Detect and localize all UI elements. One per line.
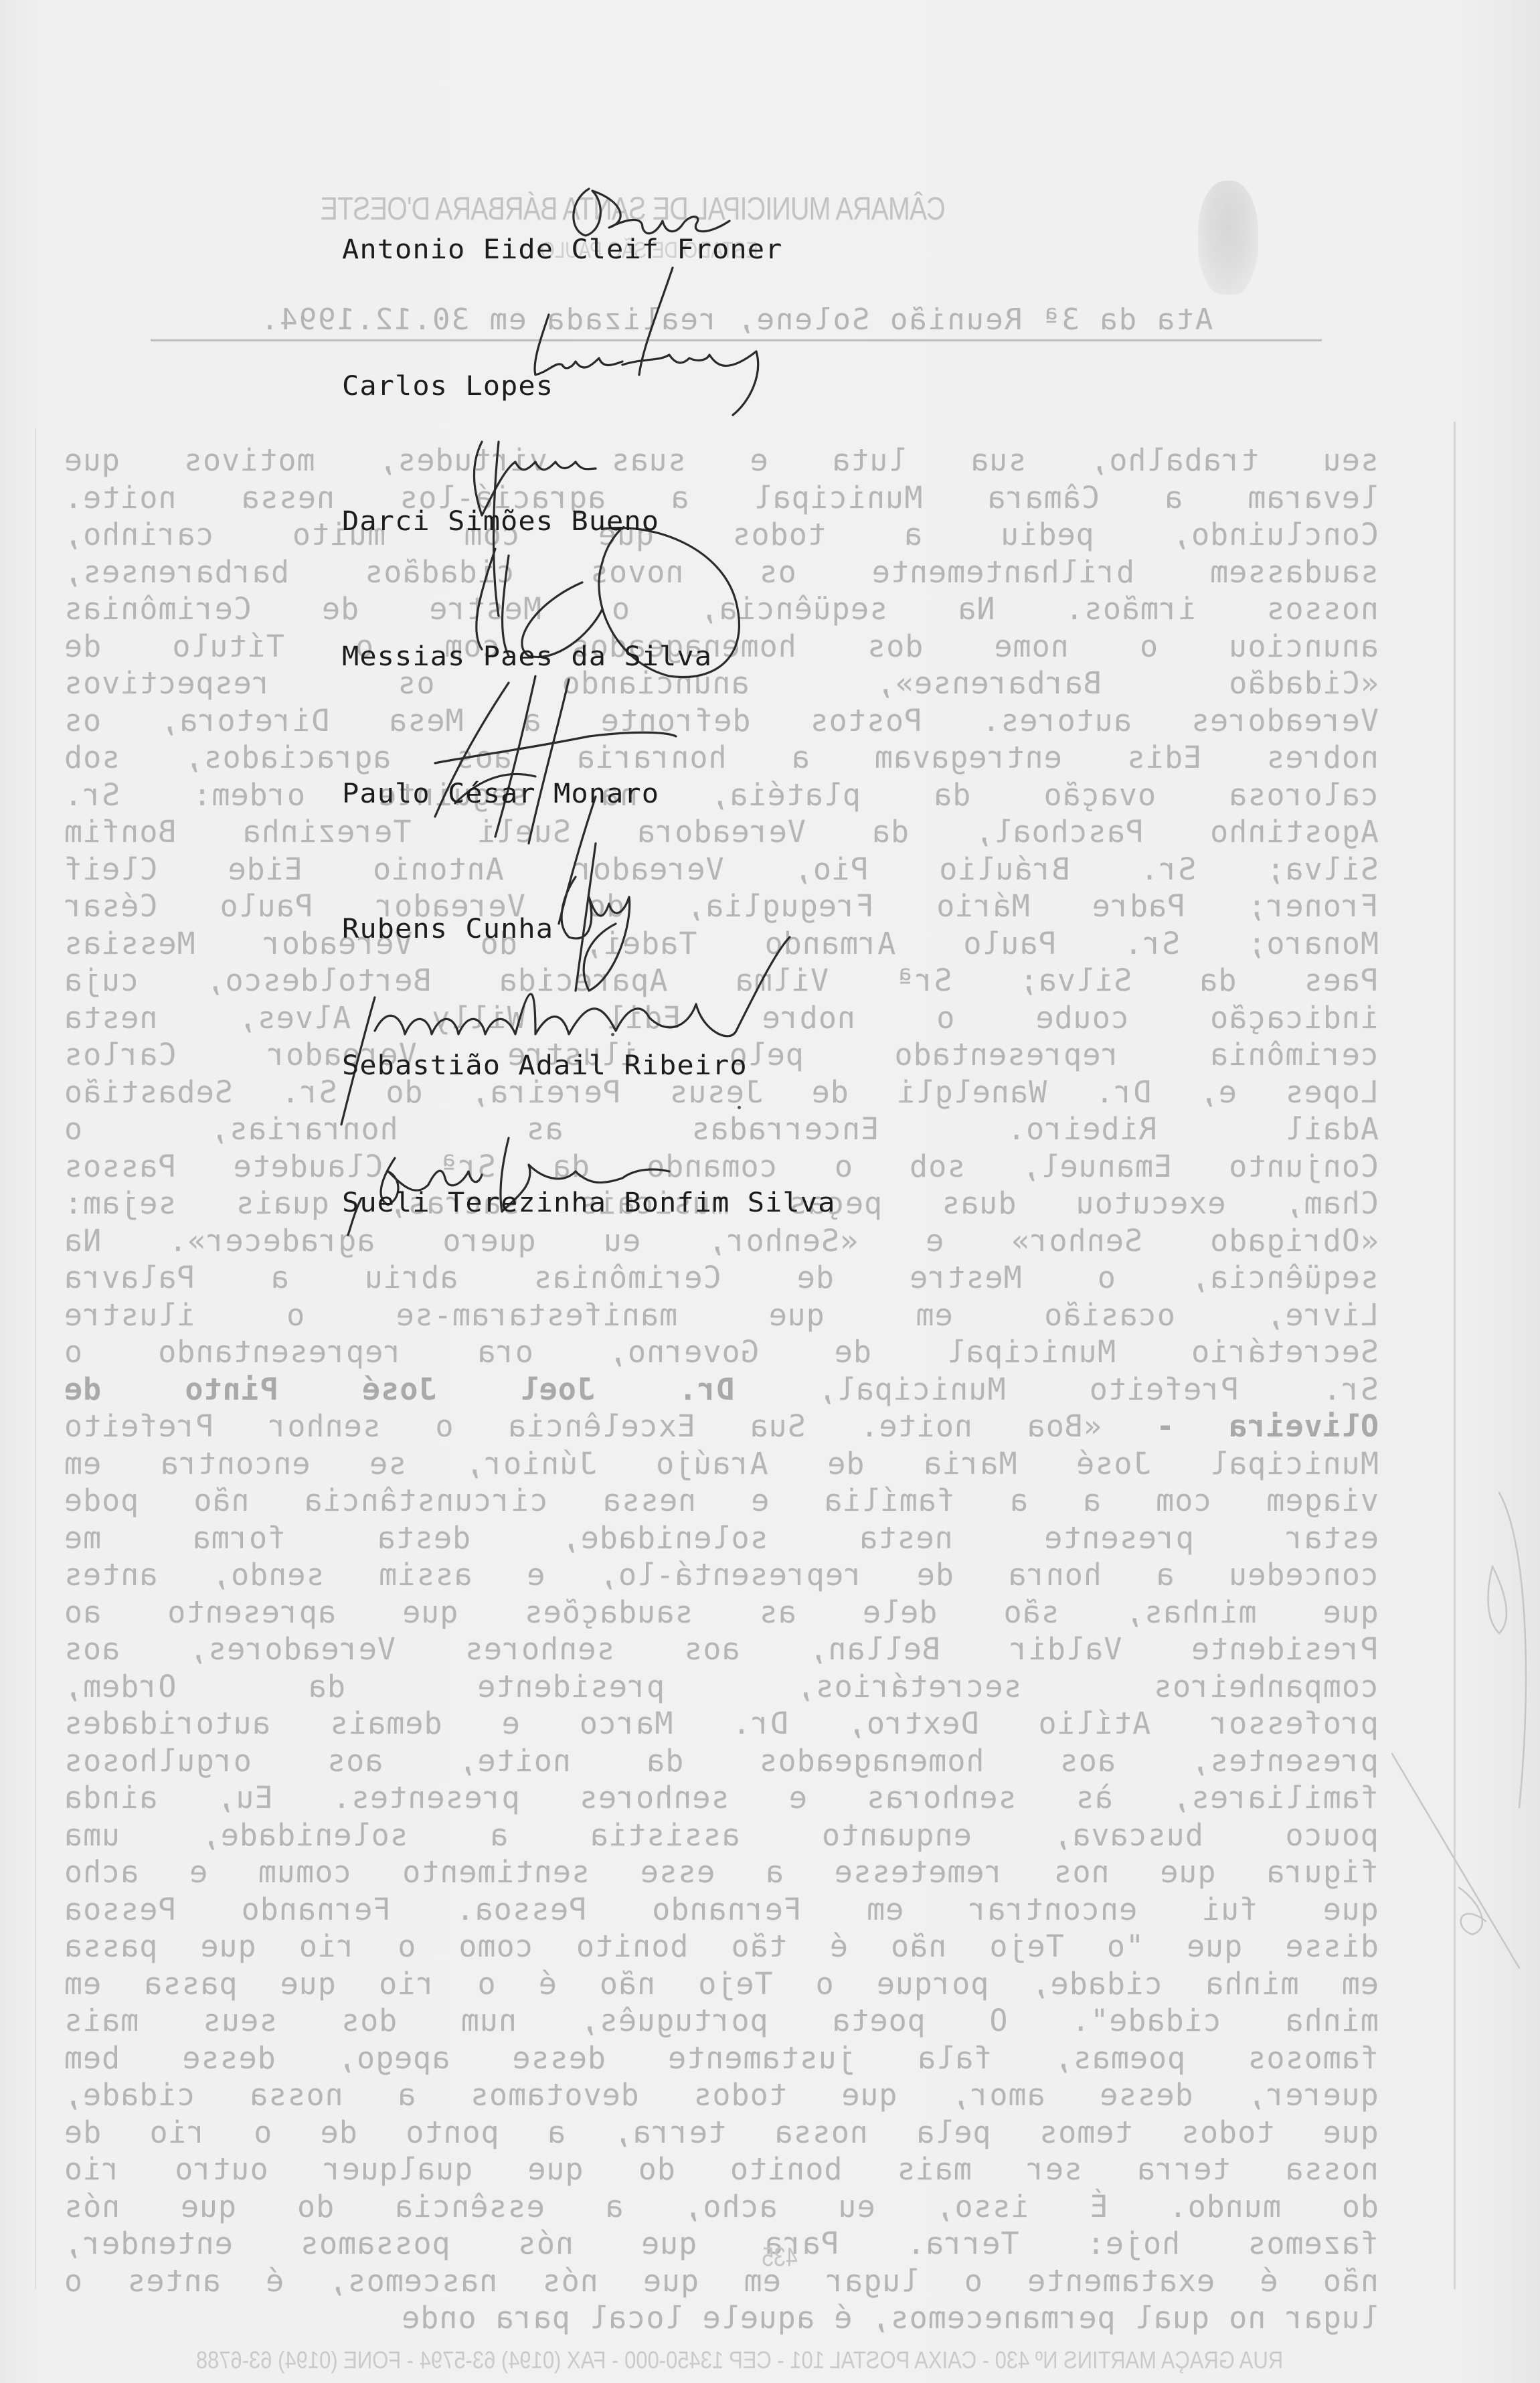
minutes-body-line: do mundo. É isso, eu acho, a essência do… <box>64 2188 1379 2226</box>
minutes-body-line: estar presente nesta solenidade, desta f… <box>64 1519 1379 1557</box>
page-number-bleed-through: 435 <box>756 2242 804 2273</box>
minutes-body-line: disse que "o Tejo não é tão bonito como … <box>64 1928 1379 1965</box>
signatory-name: Messias Paes da Silva <box>342 641 712 672</box>
minutes-body-line: viagem com a a família e nessa circunstâ… <box>64 1482 1379 1519</box>
minutes-body-line: Adail Ribeiro. Encerradas as honrarias, … <box>64 1111 1379 1148</box>
minutes-body-line: familiares, às senhoras e senhores prese… <box>64 1779 1379 1817</box>
minutes-body-line: calorosa ovação da platéia, na seguinte … <box>64 776 1379 814</box>
signatory-name: Sebastião Adail Ribeiro <box>342 1050 748 1081</box>
minutes-body-line: que fui encontrar em Fernando Pessoa. Fe… <box>64 1891 1379 1928</box>
minutes-body-line: nossos irmãos. Na seqüência, o Mestre de… <box>64 590 1379 628</box>
minutes-body-line: Sr. Prefeito Municipal, Dr. Joel José Pi… <box>64 1371 1379 1408</box>
document-page: CÂMARA MUNICIPAL DE SANTA BÁRBARA D'OEST… <box>0 0 1540 2383</box>
minutes-body-line: Secretário Municipal de Governo, ora rep… <box>64 1333 1379 1371</box>
minutes-body-line: Monaro; Sr. Paulo Armando Tadei, do Vere… <box>64 925 1379 963</box>
letterhead-bleed-through: CÂMARA MUNICIPAL DE SANTA BÁRBARA D'OEST… <box>353 191 946 228</box>
page-frame-left <box>35 428 36 2289</box>
minutes-body-line: que todos temos pela nossa terra, a pont… <box>64 2114 1379 2151</box>
minutes-body-line: concedeu a honra de representá-lo, e ass… <box>64 1556 1379 1594</box>
minutes-body-line: «Obrigado Senhor» e «Senhor, eu quero ag… <box>64 1222 1379 1260</box>
minutes-body-line: presentes, aos homenageados da noite, ao… <box>64 1742 1379 1780</box>
signatory-name: Sueli Terezinha Bonfim Silva <box>342 1187 835 1218</box>
minutes-body-line: Oliveira - «Boa noite. Sua Excelência o … <box>64 1408 1379 1445</box>
minutes-body-bleed-through: seu trabalho, sua luta e suas virtudes, … <box>64 442 1379 2337</box>
minutes-body-line: famosos poemas, fala justamente desse ap… <box>64 2040 1379 2077</box>
minutes-body-line: anunciou o nome dos homenageados com o T… <box>64 628 1379 665</box>
minutes-body-line: seqüência, o Mestre de Cerimônias abriu … <box>64 1259 1379 1297</box>
minutes-body-line: nossa terra ser mais bonito do que qualq… <box>64 2151 1379 2188</box>
minutes-body-line: que minhas, são dele as saudações que ap… <box>64 1594 1379 1631</box>
minutes-body-line: querer, desse amor, que todos devotamos … <box>64 2076 1379 2114</box>
minutes-body-line: Concluindo, pediu a todos que com muito … <box>64 516 1379 554</box>
ink-dot <box>738 1106 741 1109</box>
minutes-body-line: «Cidadão Barbarense», anunciando os resp… <box>64 665 1379 702</box>
minutes-body-line: Agostinho Paschoal, da Vereadora Sueli T… <box>64 813 1379 851</box>
minutes-body-line: Presidente Valdir Bellan, aos senhores V… <box>64 1631 1379 1668</box>
minutes-body-line: em minha cidade, porque o Tejo não é o r… <box>64 1965 1379 2003</box>
letterhead-footer-bleed-through: RUA GRAÇA MARTINS Nº 430 - CAIXA POSTAL … <box>121 2346 1359 2374</box>
page-frame-right <box>1454 422 1456 2289</box>
signatory-name: Carlos Lopes <box>342 371 553 402</box>
minutes-body-line: não é exatamente o lugar em que nós nasc… <box>64 2263 1379 2300</box>
minutes-body-line: nobres Edis entregavam a honraria aos ag… <box>64 739 1379 776</box>
minutes-body-line: figura que nos remetesse a esse sentimen… <box>64 1854 1379 1891</box>
bold-name-fragment: Dr. Joel José Pinto de <box>64 1372 734 1407</box>
minutes-body-line: Paes da Silva; Srª Vilma Aparecida Berto… <box>64 962 1379 999</box>
minutes-body-line: Silva; Sr. Bráulio Pio, Vereador Antonio… <box>64 851 1379 888</box>
minutes-body-line: fazemos hoje: Terra. Para que nós possam… <box>64 2225 1379 2263</box>
minutes-body-line: pouco buscava, enquanto assistia a solen… <box>64 1817 1379 1854</box>
signatory-name: Antonio Eide Cleif Froner <box>342 234 782 265</box>
minutes-body-line: saudassem brilhantemente os novos cidadã… <box>64 554 1379 591</box>
minutes-body-line: companheiros secretários, presidente da … <box>64 1668 1379 1706</box>
minutes-body-line: Municipal José Maria de Araújo Júnior, s… <box>64 1445 1379 1483</box>
minutes-body-line: lugar no qual permanecemos, é aquele loc… <box>64 2299 1379 2337</box>
minutes-body-line: seu trabalho, sua luta e suas virtudes, … <box>64 442 1379 479</box>
minutes-title-bleed-through: Ata da 3ª Reunião Solene, realizada em 3… <box>151 303 1322 341</box>
signatory-name: Rubens Cunha <box>342 914 553 944</box>
ink-dot <box>611 1033 614 1036</box>
signatory-name: Darci Simões Bueno <box>342 506 659 537</box>
minutes-body-line: Conjunto Emanuel, sob o comando da Srª C… <box>64 1148 1379 1185</box>
minutes-body-line: levaram a Câmara Municipal a agraciá-los… <box>64 479 1379 517</box>
signatory-name: Paulo César Monaro <box>342 778 659 809</box>
coat-of-arms-icon <box>1198 181 1258 295</box>
minutes-body-line: minha cidade". O poeta português, num do… <box>64 2002 1379 2040</box>
minutes-body-line: Livre, ocasião em que manifestaram-se o … <box>64 1297 1379 1334</box>
minutes-body-line: indicação coube o nobre Edil Willy Alves… <box>64 999 1379 1037</box>
minutes-body-line: Vereadores autores. Postos defronte a Me… <box>64 702 1379 740</box>
bold-name-fragment: Oliveira - <box>1156 1408 1379 1444</box>
minutes-body-line: professor Atílio Dextro, Dr. Marco e dem… <box>64 1705 1379 1742</box>
minutes-body-line: Froner; Padre Mário Freguglia, do Veread… <box>64 888 1379 925</box>
